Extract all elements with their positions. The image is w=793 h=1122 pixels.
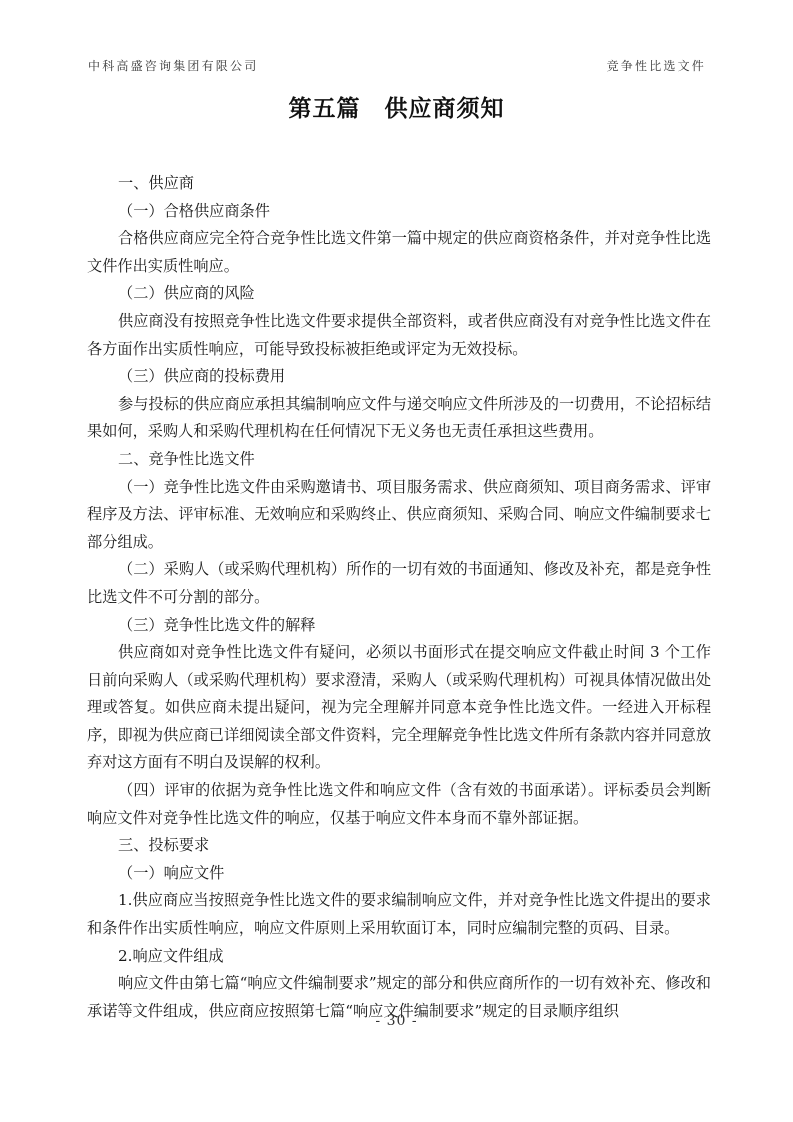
page-title: 第五篇供应商须知 (0, 90, 793, 123)
section-heading: 二、竞争性比选文件 (87, 446, 711, 474)
subsection-heading: 2.响应文件组成 (87, 943, 711, 971)
body-paragraph: （一）竞争性比选文件由采购邀请书、项目服务需求、供应商须知、项目商务需求、评审程… (87, 474, 711, 557)
body-paragraph: 合格供应商应完全符合竞争性比选文件第一篇中规定的供应商资格条件，并对竞争性比选文… (87, 225, 711, 280)
body-paragraph: 供应商没有按照竞争性比选文件要求提供全部资料，或者供应商没有对竞争性比选文件在各… (87, 308, 711, 363)
title-name: 供应商须知 (385, 95, 505, 122)
header-company-name: 中科高盛咨询集团有限公司 (88, 57, 258, 74)
body-paragraph: 1.供应商应当按照竞争性比选文件的要求编制响应文件，并对竞争性比选文件提出的要求… (87, 887, 711, 942)
document-body: 一、供应商 （一）合格供应商条件 合格供应商应完全符合竞争性比选文件第一篇中规定… (87, 170, 711, 1025)
subsection-heading: （三）供应商的投标费用 (87, 363, 711, 391)
body-paragraph: 供应商如对竞争性比选文件有疑问，必须以书面形式在提交响应文件截止时间 3 个工作… (87, 639, 711, 777)
section-heading: 一、供应商 (87, 170, 711, 198)
section-heading: 三、投标要求 (87, 832, 711, 860)
body-paragraph: （二）采购人（或采购代理机构）所作的一切有效的书面通知、修改及补充，都是竞争性比… (87, 556, 711, 611)
subsection-heading: （一）合格供应商条件 (87, 198, 711, 226)
subsection-heading: （一）响应文件 (87, 860, 711, 888)
subsection-heading: （二）供应商的风险 (87, 280, 711, 308)
header-document-type: 竞争性比选文件 (607, 57, 706, 74)
body-paragraph: （四）评审的依据为竞争性比选文件和响应文件（含有效的书面承诺）。评标委员会判断响… (87, 777, 711, 832)
subsection-heading: （三）竞争性比选文件的解释 (87, 612, 711, 640)
page-number: - 30 - (0, 1013, 793, 1029)
title-part: 第五篇 (289, 95, 361, 122)
body-paragraph: 参与投标的供应商应承担其编制响应文件与递交响应文件所涉及的一切费用，不论招标结果… (87, 391, 711, 446)
